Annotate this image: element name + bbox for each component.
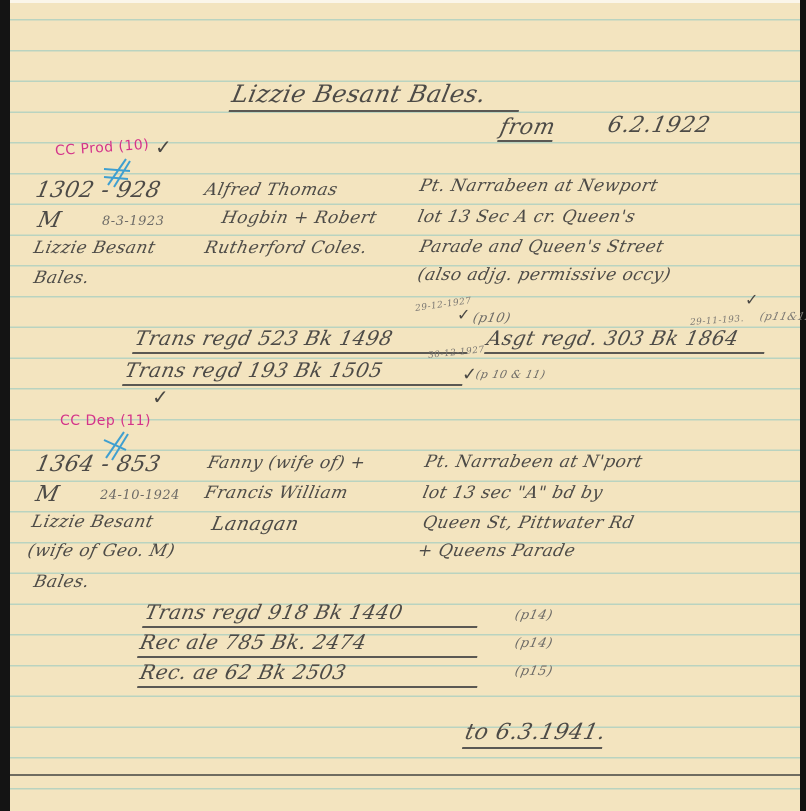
bottom-rule-line [10,774,800,776]
entry2-party1-line3: Bales. [32,572,92,592]
entry2-trans1-page-ref: (p14) [513,608,554,623]
entry2-party2-line2: Francis William [203,483,350,503]
entry2-description-line3: Queen St, Pittwater Rd [421,513,636,533]
entry1-description-line2: lot 13 Sec A cr. Queen's [416,207,637,227]
entry2-trans3: Rec. ae 62 Bk 2503 [137,660,483,688]
entry1-trans2-check-icon: ✓ [745,290,758,309]
entry2-description-line4: + Queens Parade [416,541,578,561]
entry1-type: M [35,208,63,233]
entry1-trans3-page-ref: (p 10 & 11) [475,368,547,381]
entry1-party1-line2: Bales. [32,268,92,288]
entry2-trans2-page-ref: (p14) [513,636,554,651]
entry1-date: 8-3-1923 [102,214,164,229]
entry1-trans1-page-ref: (p10) [471,311,512,326]
scan-right-border [800,0,806,811]
entry1-description-line4: (also adjg. permissive occy) [416,265,673,285]
entry1-party2-line2: Hogbin + Robert [220,208,379,228]
entry2-cc-annotation: CC Dep (11) [60,413,151,429]
entry1-party2-line3: Rutherford Coles. [203,238,369,258]
entry2-party1-line1: Lizzie Besant [30,512,155,532]
entry1-trans1: Trans regd 523 Bk 1498 [132,326,473,354]
scan-top-edge [0,0,806,3]
entry2-check-icon: ✓ [152,385,169,409]
entry2-description-line2: lot 13 sec "A" bd by [421,483,605,503]
entry1-number: 1302 - 928 [33,178,163,203]
from-label: from [497,115,558,142]
entry2-party2-line1: Fanny (wife of) + [206,453,368,473]
entry2-party1-line2: (wife of Geo. M) [26,541,177,561]
entry1-check-icon: ✓ [155,135,172,159]
entry1-party2-line1: Alfred Thomas [203,180,340,200]
entry2-description-line1: Pt. Narrabeen at N'port [423,452,645,472]
entry2-trans1: Trans regd 918 Bk 1440 [142,600,483,628]
ledger-page: Lizzie Besant Bales. from 6.2.1922 CC Pr… [0,0,806,811]
end-date: to 6.3.1941. [462,720,608,749]
entry1-description-line3: Parade and Queen's Street [418,237,666,257]
entry1-party1-line1: Lizzie Besant [32,238,157,258]
entry1-description-line1: Pt. Narrabeen at Newport [418,176,660,196]
entry2-trans2: Rec ale 785 Bk. 2474 [137,630,483,658]
entry2-number: 1364 - 853 [33,452,163,477]
from-date: 6.2.1922 [605,113,712,138]
page-title: Lizzie Besant Bales. [229,80,526,112]
entry2-trans3-page-ref: (p15) [513,664,554,679]
entry1-trans2: Asgt regd. 303 Bk 1864 [484,326,770,354]
entry1-trans1-check-icon: ✓ [457,305,470,324]
scan-left-border [0,0,10,811]
entry1-trans3: Trans regd 193 Bk 1505 [122,358,468,386]
entry2-party2-line3: Lanagan [210,513,301,535]
entry1-trans2-page-ref: (p11&12) [759,310,806,323]
entry2-date: 24-10-1924 [100,488,180,503]
entry2-type: M [33,482,61,507]
